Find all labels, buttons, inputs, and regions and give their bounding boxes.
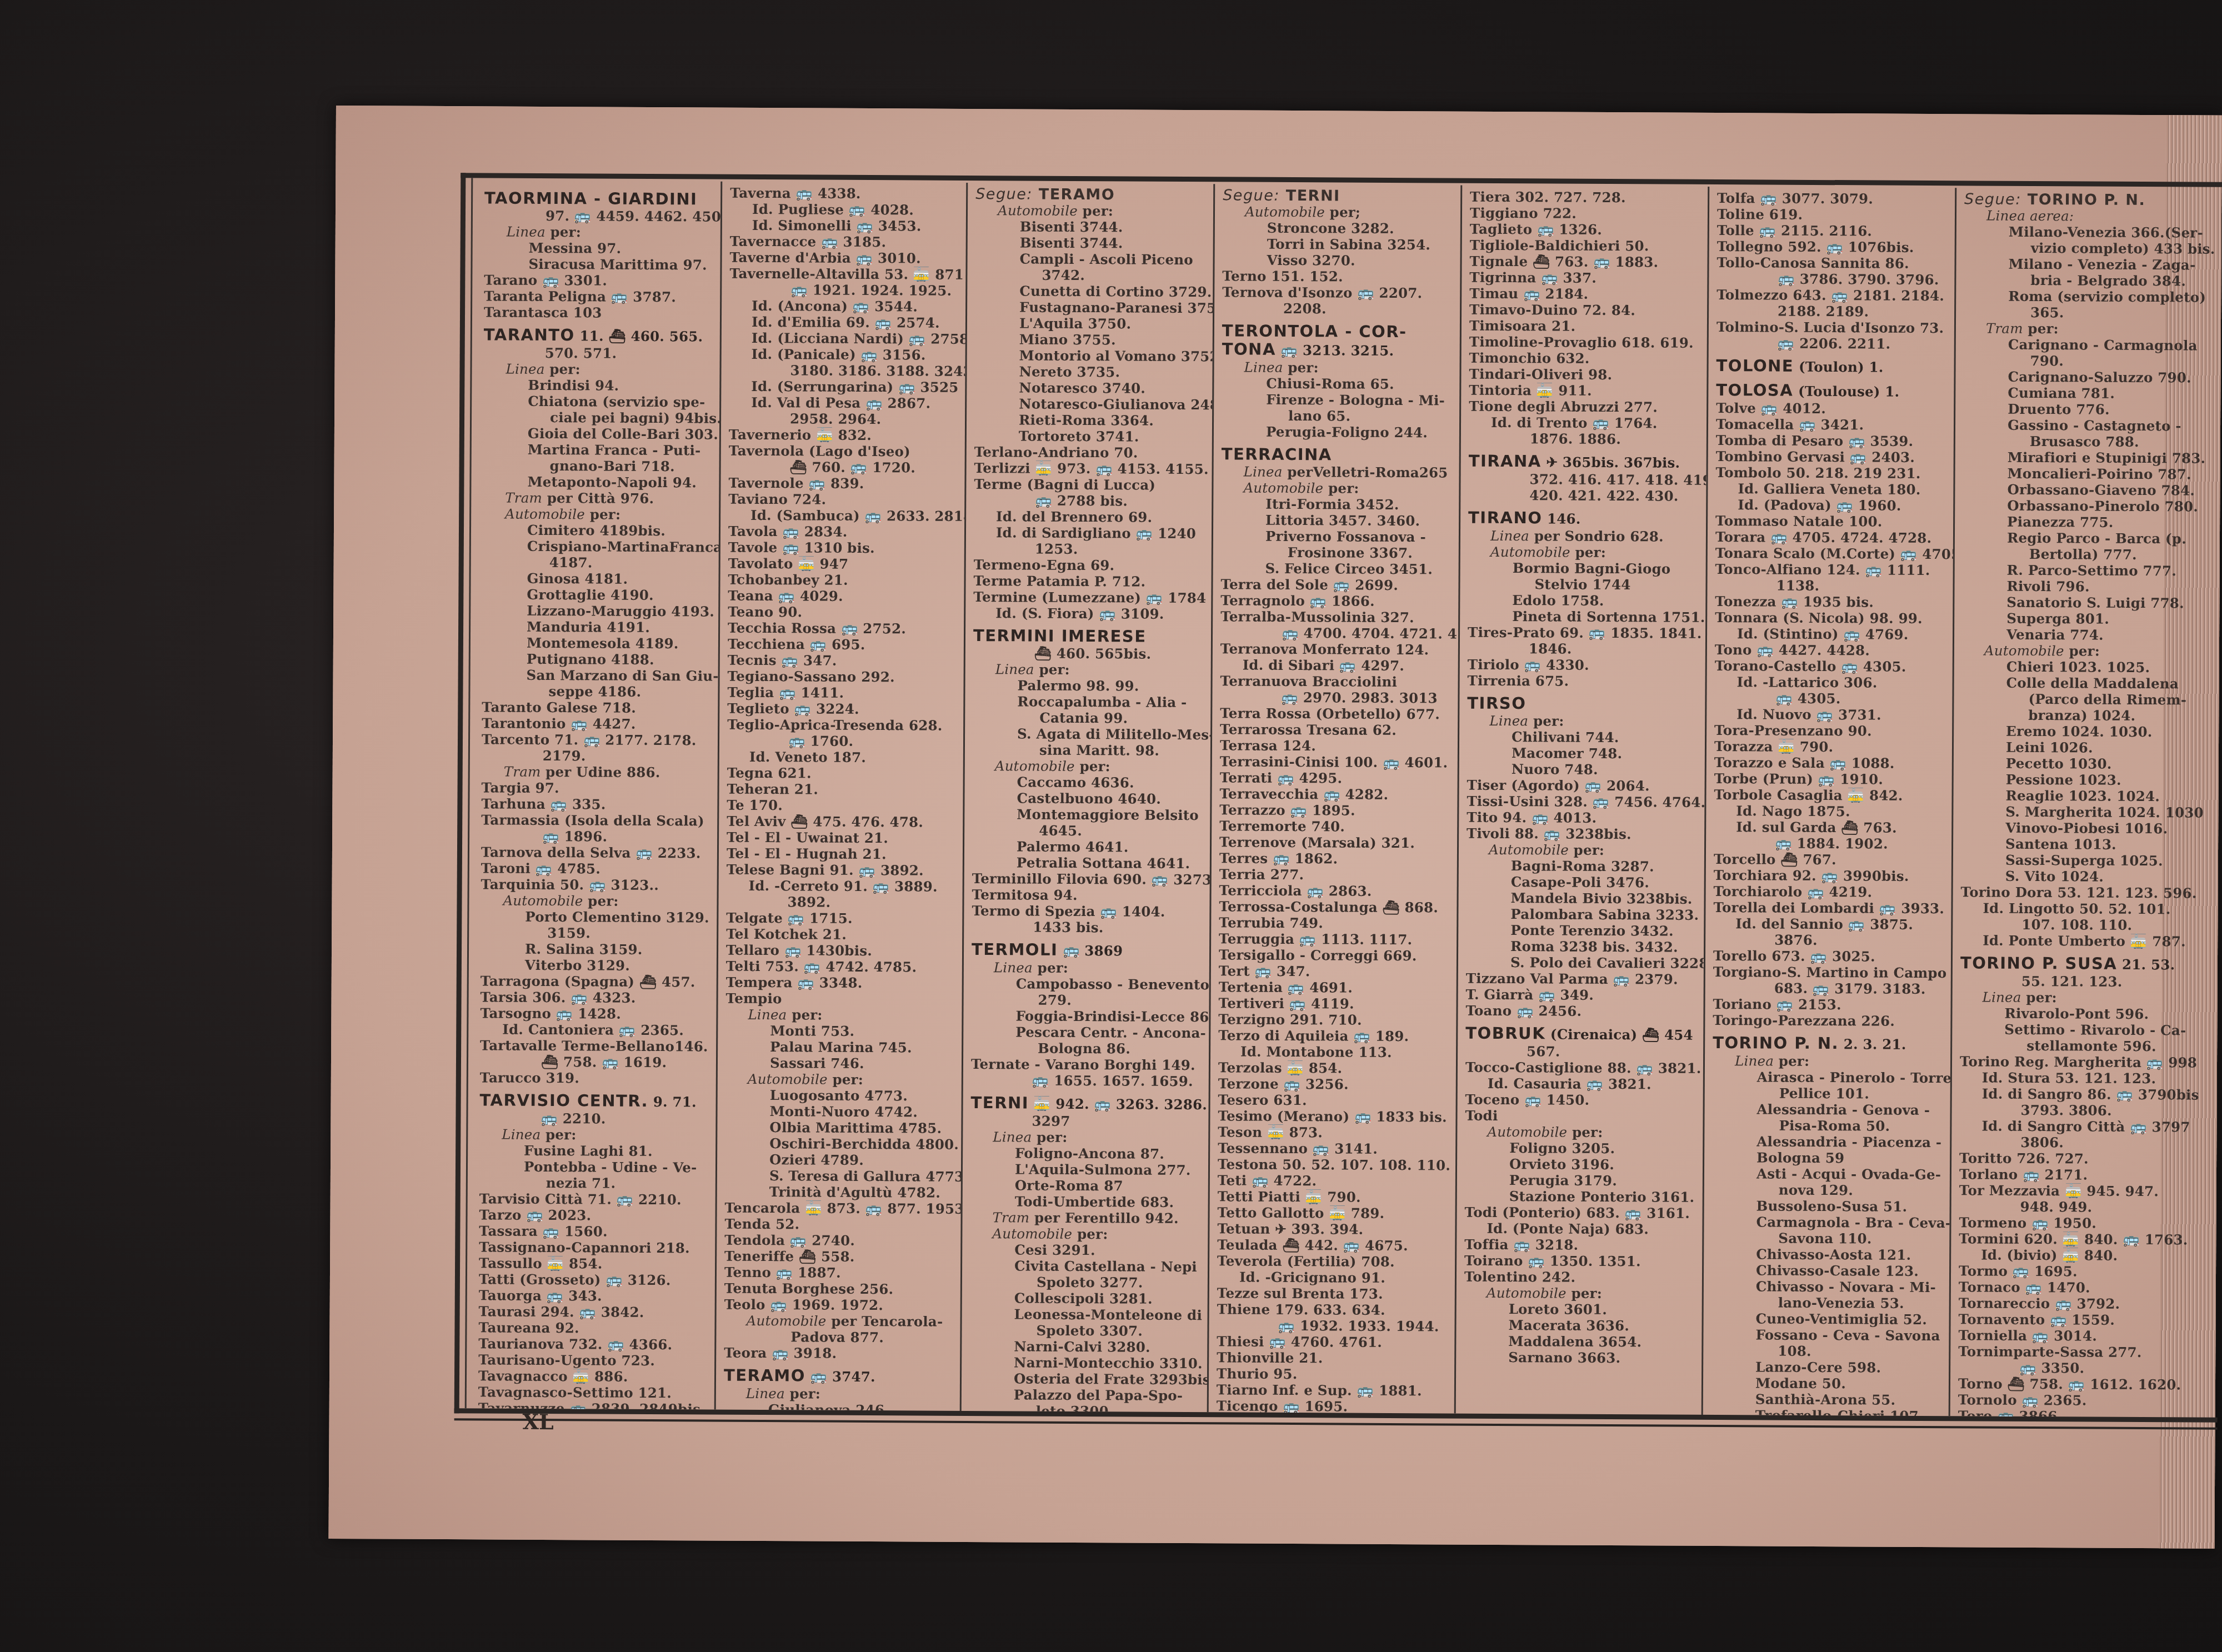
- entry-text: 948. 949.: [2020, 1199, 2093, 1215]
- service-type-label: Automobile: [748, 1071, 828, 1088]
- index-subentry: Id. Galliera Veneta 180.: [1715, 480, 1948, 498]
- index-entry: Tignale ⛴ 763. 🚌 1883.: [1469, 253, 1701, 271]
- index-subentry: Palermo 98. 99.: [973, 677, 1205, 694]
- index-subentry: Visso 3270.: [1222, 252, 1454, 269]
- entry-text: Id. Montabone 113.: [1240, 1044, 1392, 1060]
- entry-text: Torchiara 92. 🚌 3990bis.: [1714, 867, 1909, 884]
- service-type-line: Automobile per:: [973, 758, 1205, 775]
- index-subentry: Id. -Cerreto 91. 🚌 3889.: [727, 878, 957, 895]
- index-entry: T. Giarrà 🚌 349.: [1466, 987, 1698, 1004]
- entry-text: Palau Marina 745.: [770, 1039, 912, 1055]
- index-subentry: Perugia-Foligno 244.: [1222, 423, 1454, 440]
- entry-text: Todi (Ponterio) 683. 🚌 3161.: [1465, 1204, 1690, 1222]
- entry-text: Tavagnacco 🚋 886.: [478, 1368, 628, 1384]
- index-entry: Tavernelle-Altavilla 53. 🚋 871: [729, 266, 960, 283]
- entry-text: Porto Clementino 3129.: [525, 909, 709, 926]
- station-heading: TOLOSA (Toulouse) 1.: [1716, 381, 1948, 401]
- index-subentry: Lizzano-Maruggio 4193.: [482, 602, 713, 619]
- index-subentry: Id. Pugliese 🚌 4028.: [730, 201, 960, 218]
- index-entry: Tetuan ✈ 393. 394.: [1217, 1220, 1449, 1238]
- index-entry: Tarcento 71. 🚌 2177. 2178.: [482, 731, 712, 748]
- index-subentry: Palau Marina 745.: [725, 1039, 956, 1056]
- entry-text: Asti - Acqui - Ovada-Ge-: [1756, 1165, 1941, 1183]
- index-subentry: Mandela Bivio 3238bis.: [1466, 890, 1698, 907]
- entry-text: Taureana 92.: [478, 1319, 579, 1336]
- entry-text: Palermo 98. 99.: [1017, 677, 1139, 694]
- station-heading: TONA 🚌 3213. 3215.: [1222, 340, 1454, 360]
- entry-text: 1138.: [1776, 578, 1819, 594]
- index-entry: Tombino Gervasi 🚌 2403.: [1716, 448, 1948, 465]
- entry-text: Taurisano-Ugento 723.: [478, 1351, 655, 1369]
- entry-text: Osteria del Frate 3293bis.: [1014, 1370, 1215, 1388]
- service-type-label: Automobile: [992, 1225, 1072, 1242]
- continued-heading: Segue: TERAMO: [975, 186, 1208, 203]
- index-subentry: Stelvio 1744: [1468, 576, 1700, 593]
- entry-text: ⛴ 758. 🚌 1619.: [541, 1054, 667, 1070]
- entry-continuation: 372. 416. 417. 418. 419.: [1468, 471, 1700, 488]
- index-entry: Teneriffe ⛴ 558.: [724, 1248, 955, 1265]
- index-entry: Tono 🚌 4427. 4428.: [1715, 642, 1947, 659]
- entry-text: 2208.: [1283, 301, 1327, 317]
- index-entry: Tertiveri 🚌 4119.: [1218, 995, 1450, 1012]
- service-type-line: Automobile per:: [975, 202, 1208, 219]
- entry-text: 🚌 2210.: [541, 1110, 605, 1127]
- index-subentry: Id. di Sangro 86. 🚌 3790bis: [1960, 1085, 2213, 1103]
- entry-text: Tencarola 🚋 873. 🚌 877. 1953.: [725, 1200, 968, 1217]
- index-subentry: Pessione 1023.: [1961, 771, 2215, 788]
- entry-text: Taverna 🚌 4338.: [730, 185, 861, 202]
- station-refs: 2. 3. 21.: [1839, 1036, 1906, 1053]
- entry-text: Foligno-Ancona 87.: [1015, 1145, 1164, 1162]
- entry-text: Tertenia 🚌 4691.: [1219, 979, 1353, 995]
- entry-text: Trofarello-Chieri 107.: [1755, 1407, 1924, 1416]
- entry-text: Tarsogno 🚌 1428.: [480, 1005, 621, 1022]
- entry-text: Leini 1026.: [2006, 739, 2093, 756]
- service-type-line: Tram per:: [1964, 320, 2217, 337]
- segue-label: Segue:: [1964, 191, 2021, 208]
- entry-text: per:: [1034, 662, 1070, 678]
- service-type-label: Linea: [1243, 464, 1282, 480]
- index-subentry: Macerata 3636.: [1464, 1317, 1696, 1334]
- service-type-label: Automobile: [1489, 842, 1569, 858]
- index-subentry: Nuoro 748.: [1467, 761, 1699, 778]
- entry-text: 🚌 4700. 4704. 4721. 4798.: [1282, 625, 1462, 642]
- entry-text: Id. Nuovo 🚌 3731.: [1736, 706, 1881, 723]
- entry-text: Taranta Peligna 🚌 3787.: [484, 288, 676, 305]
- entry-text: per:: [1033, 960, 1068, 976]
- entry-text: S. Teresa di Gallura 4773.: [769, 1168, 968, 1185]
- index-subentry: Narni-Calvi 3280.: [969, 1338, 1202, 1355]
- entry-text: 420. 421. 422. 430.: [1529, 487, 1678, 504]
- index-subentry: Maddalena 3654.: [1464, 1333, 1696, 1350]
- entry-continuation: 3892.: [726, 894, 957, 911]
- station-name: TORINO P. SUSA: [1960, 953, 2118, 973]
- entry-text: S. Felice Circeo 3451.: [1265, 560, 1433, 578]
- entry-text: Id. (Ponte Naja) 683.: [1487, 1220, 1649, 1238]
- index-subentry: Stroncone 3282.: [1223, 219, 1455, 237]
- service-type-line: Linea per:: [479, 1126, 710, 1143]
- entry-text: Miano 3755.: [1019, 331, 1116, 348]
- index-subentry: Bisenti 3744.: [975, 218, 1208, 236]
- station-name: TIRSO: [1467, 694, 1526, 713]
- entry-text: San Marzano di San Giu-: [527, 667, 719, 684]
- entry-text: 107. 108. 110.: [2021, 917, 2132, 933]
- entry-text: S. Margherita 1024. 1030: [2005, 804, 2204, 821]
- service-type-line: Linea per Sondrio 628.: [1468, 528, 1700, 545]
- station-refs: 🚋 942. 🚌 3263. 3286.: [1029, 1096, 1207, 1113]
- entry-text: Tolmezzo 643. 🚌 2181. 2184.: [1716, 287, 1944, 304]
- entry-text: Vinovo-Piobesi 1016.: [2005, 820, 2168, 837]
- index-subentry: Priverno Fossanova -: [1221, 528, 1453, 545]
- entry-text: Torlano 🚌 2171.: [1959, 1166, 2088, 1183]
- entry-text: per:: [2021, 989, 2057, 1005]
- entry-continuation: 🚌 1884. 1902.: [1714, 835, 1946, 852]
- entry-text: Torazza 🚋 790.: [1714, 738, 1833, 755]
- index-subentry: Luogosanto 4773.: [725, 1087, 956, 1104]
- index-entry: Terra Rossa (Orbetello) 677.: [1220, 705, 1452, 722]
- index-subentry: Superga 801.: [1962, 610, 2215, 627]
- entry-text: Id. Galliera Veneta 180.: [1738, 480, 1920, 498]
- service-type-label: Linea: [993, 1129, 1032, 1145]
- entry-text: Edolo 1758.: [1512, 592, 1604, 609]
- entry-text: Terlizzi 🚋 973. 🚌 4153. 4155.: [974, 460, 1209, 477]
- entry-text: Priverno Fossanova -: [1265, 528, 1426, 545]
- index-subentry: S. Vito 1024.: [1961, 868, 2214, 885]
- index-subentry: Notaresco-Giulianova 248: [974, 396, 1207, 413]
- index-entry: Tavernola (Lago d'Iseo): [729, 443, 959, 460]
- entry-text: 🚌 2788 bis.: [1035, 493, 1128, 509]
- index-entry: Terzigno 291. 710.: [1218, 1011, 1450, 1028]
- index-entry: Terremorte 740.: [1219, 818, 1452, 835]
- entry-text: Torno ⛴ 758. 🚌 1612. 1620.: [1958, 1375, 2181, 1393]
- entry-text: Tempio: [726, 990, 782, 1007]
- index-subentry: Bagni-Roma 3287.: [1467, 858, 1699, 875]
- index-subentry: 365.: [1964, 304, 2217, 321]
- index-subentry: Nereto 3735.: [974, 363, 1207, 381]
- entry-text: Tortoreto 3741.: [1019, 428, 1139, 444]
- entry-text: Tavernole 🚌 839.: [728, 475, 864, 492]
- service-type-label: Linea: [746, 1385, 785, 1401]
- entry-text: Rivoli 796.: [2006, 578, 2089, 595]
- index-entry: Tavole 🚌 1310 bis.: [728, 539, 959, 557]
- entry-text: Tavole 🚌 1310 bis.: [728, 539, 875, 556]
- entry-text: Telese Bagni 91. 🚌 3892.: [727, 862, 924, 879]
- entry-text: per:: [583, 893, 618, 909]
- entry-text: Macomer 748.: [1512, 745, 1622, 762]
- entry-text: Metaponto-Napoli 94.: [527, 474, 697, 491]
- index-entry: Torazza 🚋 790.: [1714, 738, 1946, 755]
- entry-text: Chivasso-Aosta 121.: [1756, 1246, 1911, 1263]
- index-subentry: Id. -Lattarico 306.: [1715, 674, 1947, 691]
- index-subentry: Venaria 774.: [1962, 626, 2215, 643]
- entry-text: Taverne d'Arbia 🚌 3010.: [730, 249, 921, 267]
- index-subentry: Pescara Centr. - Ancona-: [971, 1024, 1203, 1041]
- entry-text: Thurio 95.: [1217, 1365, 1298, 1382]
- entry-text: 2188. 2189.: [1778, 303, 1869, 320]
- entry-text: Monti-Nuoro 4742.: [769, 1103, 918, 1120]
- entry-text: 🚌 1932. 1933. 1944.: [1278, 1318, 1439, 1335]
- entry-text: Tersigallo - Correggi 669.: [1219, 947, 1417, 964]
- entry-text: Torara 🚌 4705. 4724. 4728.: [1715, 529, 1931, 546]
- index-entry: Terres 🚌 1862.: [1219, 850, 1452, 867]
- entry-text: 4645.: [1039, 823, 1082, 839]
- index-subentry: gnano-Bari 718.: [483, 457, 714, 474]
- entry-text: Padova 877.: [790, 1329, 884, 1345]
- index-entry: Tissi-Usini 328. 🚌 7456. 4764.: [1467, 793, 1699, 810]
- index-entry: Torino Dora 53. 121. 123. 596.: [1961, 884, 2214, 901]
- index-entry: Toro 🚌 3866.: [1958, 1408, 2211, 1417]
- entry-text: Taurasi 294. 🚌 3842.: [479, 1303, 644, 1320]
- entry-text: Id. del Brennero 69.: [996, 508, 1152, 525]
- entry-text: Toriano 🚌 2153.: [1713, 996, 1841, 1013]
- index-subentry: Id. Veneto 187.: [727, 749, 958, 766]
- entry-text: Toro 🚌 3866.: [1958, 1408, 2063, 1417]
- entry-text: Perugia-Foligno 244.: [1266, 424, 1428, 441]
- index-entry: Tavernerio 🚋 832.: [729, 427, 959, 444]
- entry-continuation: 🚌 2210.: [479, 1110, 710, 1127]
- entry-text: gnano-Bari 718.: [550, 458, 675, 474]
- index-subentry: Itri-Formia 3452.: [1221, 495, 1453, 513]
- entry-text: Catania 99.: [1039, 710, 1128, 727]
- entry-text: Terra Rossa (Orbetello) 677.: [1220, 705, 1440, 722]
- service-type-label: Linea: [1489, 713, 1528, 729]
- index-subentry: Grottaglie 4190.: [482, 586, 713, 603]
- entry-text: Tirrenia 675.: [1468, 673, 1569, 689]
- entry-text: Terzolas 🚋 854.: [1218, 1059, 1343, 1076]
- entry-text: Campli - Ascoli Piceno: [1019, 251, 1193, 268]
- entry-text: Roccapalumba - Alia -: [1017, 693, 1187, 710]
- index-subentry: ciale pei bagni) 94bis.: [483, 409, 714, 426]
- index-entry: Te 170.: [727, 797, 957, 814]
- entry-text: Nuoro 748.: [1512, 761, 1598, 778]
- index-entry: Tavarnuzze 🚌 2839. 2849bis: [478, 1400, 709, 1409]
- index-subentry: Id. di Sardigliano 🚌 1240: [974, 524, 1206, 542]
- station-heading: TAORMINA - GIARDINI: [484, 189, 715, 208]
- station-refs: ✈ 365bis. 367bis.: [1542, 454, 1680, 470]
- entry-text: Fustagnano-Paranesi 3759.: [1019, 299, 1215, 316]
- entry-text: Terrasini-Cinisi 100. 🚌 4601.: [1220, 753, 1448, 770]
- index-subentry: Cimitero 4189bis.: [483, 522, 713, 539]
- index-entry: Terragnolo 🚌 1866.: [1220, 592, 1453, 609]
- index-subentry: Sassi-Superga 1025.: [1961, 852, 2214, 869]
- index-subentry: Porto Clementino 3129.: [481, 908, 711, 925]
- entry-text: Tornimparte-Sassa 277.: [1958, 1343, 2141, 1360]
- entry-text: S. Vito 1024.: [2005, 868, 2104, 885]
- index-subentry: nezia 71.: [479, 1174, 710, 1192]
- index-subentry: Montemesola 4189.: [482, 634, 713, 652]
- index-entry: Toritto 726. 727.: [1959, 1150, 2213, 1167]
- index-subentry: Trinità d'Agultù 4782.: [725, 1184, 955, 1201]
- entry-text: T. Giarrà 🚌 349.: [1466, 987, 1594, 1003]
- index-subentry: Miano 3755.: [975, 331, 1207, 348]
- entry-text: Tecnis 🚌 347.: [728, 652, 837, 669]
- entry-text: Torcello ⛴ 767.: [1714, 851, 1836, 868]
- entry-text: Torello 673. 🚌 3025.: [1713, 948, 1875, 965]
- index-subentry: Rivoli 796.: [1962, 578, 2215, 595]
- station-refs: 🚌 3747.: [805, 1368, 875, 1385]
- index-subentry: Palazzo del Papa-Spo-: [969, 1386, 1202, 1404]
- index-subentry: Cumiana 781.: [1963, 384, 2216, 402]
- entry-text: Tel Kotchek 21.: [726, 926, 847, 943]
- station-heading: TARVISIO CENTR. 9. 71.: [480, 1091, 710, 1111]
- service-type-label: Linea: [1244, 359, 1283, 376]
- entry-text: Brindisi 94.: [528, 377, 619, 394]
- index-entry: Tavagnasco-Settimo 121.: [478, 1384, 709, 1401]
- entry-text: Tetuan ✈ 393. 394.: [1217, 1220, 1363, 1237]
- entry-text: Messina 97.: [529, 240, 622, 257]
- station-name: TERONTOLA - COR-: [1222, 321, 1407, 341]
- entry-text: Tavagnasco-Settimo 121.: [478, 1384, 672, 1401]
- entry-text: Tonara Scalo (M.Corte) 🚌 4705: [1715, 545, 1957, 562]
- entry-text: Teheran 21.: [727, 781, 818, 798]
- index-entry: Tiera 302. 727. 728.: [1470, 189, 1702, 206]
- entry-text: Pecetto 1030.: [2006, 755, 2112, 772]
- index-subentry: Metaponto-Napoli 94.: [483, 473, 713, 490]
- index-entry: Torno ⛴ 758. 🚌 1612. 1620.: [1958, 1375, 2211, 1393]
- entry-text: Torchiarolo 🚌 4219.: [1714, 883, 1873, 900]
- station-heading: TOLONE (Toulon) 1.: [1716, 357, 1948, 377]
- entry-text: Thiene 179. 633. 634.: [1217, 1301, 1385, 1318]
- entry-text: per Tencarola-: [826, 1313, 943, 1330]
- index-entry: Tenda 52.: [724, 1216, 955, 1233]
- entry-text: Tigliole-Baldichieri 50.: [1470, 237, 1649, 254]
- entry-text: Tormini 620. 🚋 840. 🚌 1763.: [1959, 1230, 2188, 1248]
- index-entry: Tarquinia 50. 🚌 3123..: [481, 876, 712, 893]
- service-type-line: Linea per:: [725, 1007, 956, 1024]
- index-entry: Tione degli Abruzzi 277.: [1469, 398, 1701, 415]
- station-name: TERMINI IMERESE: [973, 626, 1147, 646]
- entry-text: Tione degli Abruzzi 277.: [1469, 398, 1658, 415]
- index-subentry: Sassari 746.: [725, 1055, 956, 1072]
- service-type-line: Automobile per:: [970, 1225, 1202, 1243]
- entry-continuation: 🚌 1932. 1933. 1944.: [1217, 1317, 1449, 1334]
- index-subentry: Caccamo 4636.: [973, 774, 1205, 791]
- entry-continuation: 1846.: [1468, 640, 1700, 658]
- index-entry: Torazzo e Sala 🚌 1088.: [1714, 754, 1946, 772]
- index-entry: Tintoria 🚋 911.: [1469, 382, 1701, 399]
- entry-text: Tiser (Agordo) 🚌 2064.: [1467, 777, 1650, 794]
- entry-text: Orte-Roma 87: [1015, 1177, 1123, 1194]
- entry-text: Tegiano-Sassano 292.: [728, 668, 895, 685]
- index-subentry: Id. Nago 1875.: [1714, 803, 1946, 820]
- index-subentry: Pisa-Roma 50.: [1712, 1117, 1944, 1134]
- entry-text: Eremo 1024. 1030.: [2006, 723, 2152, 740]
- service-type-line: Linea per:: [972, 959, 1204, 977]
- service-type-label: Linea: [994, 959, 1033, 975]
- entry-text: 365.: [2030, 304, 2064, 321]
- index-entry: Taroni 🚌 4785.: [481, 860, 712, 877]
- index-subentry: Loreto 3601.: [1464, 1301, 1696, 1318]
- entry-text: Tollo-Canosa Sannita 86.: [1716, 254, 1909, 272]
- entry-text: Tarhuna 🚌 335.: [481, 795, 605, 812]
- entry-text: Cunetta di Cortino 3729.: [1019, 283, 1212, 300]
- entry-text: Tel - El - Uwainat 21.: [727, 829, 888, 847]
- entry-text: Id. (Padova) 🚌 1960.: [1738, 497, 1901, 514]
- entry-text: Alessandria - Genova -: [1756, 1101, 1930, 1118]
- index-entry: Terranuova Bracciolini: [1220, 673, 1453, 690]
- entry-text: Terzo di Aquileia 🚌 189.: [1218, 1027, 1409, 1044]
- index-entry: Terrenove (Marsala) 321.: [1219, 834, 1452, 851]
- entry-text: Timau 🚌 2184.: [1469, 286, 1588, 302]
- index-subentry: Id. (Padova) 🚌 1960.: [1715, 497, 1948, 514]
- index-entry: Tirrenia 675.: [1468, 673, 1700, 690]
- index-subentry: Modane 50.: [1711, 1375, 1943, 1392]
- entry-text: Modane 50.: [1755, 1375, 1846, 1391]
- entry-text: per:: [787, 1007, 822, 1023]
- index-entry: Terlano-Andriano 70.: [974, 444, 1207, 461]
- index-subentry: Lanzo-Cere 598.: [1711, 1359, 1943, 1376]
- index-subentry: Leonessa-Monteleone di: [970, 1306, 1202, 1323]
- index-subentry: Orte-Roma 87: [970, 1177, 1203, 1194]
- entry-continuation: 🚌 4305.: [1714, 690, 1946, 707]
- index-subentry: Martina Franca - Puti-: [483, 441, 714, 458]
- entry-text: Termeno-Egna 69.: [974, 557, 1115, 573]
- entry-text: Bertolla) 777.: [2029, 546, 2137, 563]
- index-entry: Terme (Bagni di Lucca): [974, 476, 1206, 493]
- entry-text: Carignano-Saluzzo 790.: [2008, 369, 2191, 386]
- index-entry: Tornolo 🚌 2365.: [1958, 1391, 2211, 1409]
- entry-text: per:: [2023, 321, 2059, 337]
- entry-text: Timavo-Duino 72. 84.: [1469, 302, 1635, 319]
- index-subentry: Macomer 748.: [1467, 745, 1699, 762]
- entry-text: Teson 🚋 873.: [1218, 1124, 1323, 1140]
- index-entry: Ternova d'Isonzo 🚌 2207.: [1222, 284, 1454, 301]
- index-entry: Ticengo 🚌 1695.: [1217, 1398, 1449, 1413]
- entry-text: Terrasa 124.: [1220, 737, 1316, 754]
- index-entry: Tegna 621.: [727, 765, 958, 782]
- entry-text: Tavernelle-Altavilla 53. 🚋 871: [729, 266, 964, 283]
- entry-text: 3892.: [787, 894, 830, 910]
- index-frame: TAORMINA - GIARDINI97. 🚌 4459. 4462. 450…: [454, 173, 2222, 1423]
- index-subentry: Id. sul Garda ⛴ 763.: [1714, 819, 1946, 836]
- entry-text: Termine (Lumezzane) 🚌 1784: [973, 589, 1206, 606]
- entry-text: 🚌 2206. 2211.: [1778, 336, 1891, 352]
- entry-continuation: ⛴ 760. 🚌 1720.: [729, 459, 959, 476]
- entry-text: Tonnara (S. Nicola) 98. 99.: [1715, 609, 1923, 627]
- entry-text: Testona 50. 52. 107. 108. 110.: [1218, 1156, 1450, 1173]
- index-subentry: Id. Casauria 🚌 3821.: [1465, 1075, 1698, 1093]
- index-subentry: Orbassano-Giaveno 784.: [1963, 481, 2216, 498]
- entry-text: Crispiano-MartinaFranca: [527, 538, 722, 555]
- entry-continuation: 🚌 1921. 1924. 1925.: [729, 282, 960, 299]
- entry-text: Terricciola 🚌 2863.: [1219, 882, 1372, 899]
- entry-text: Mirafiori e Stupinigi 783.: [2008, 449, 2206, 467]
- index-subentry: Id. di Sangro Città 🚌 3797: [1959, 1118, 2213, 1135]
- entry-text: Teglia 🚌 1411.: [727, 684, 844, 701]
- entry-continuation: 683. 🚌 3179. 3183.: [1713, 980, 1945, 997]
- index-entry: Testona 50. 52. 107. 108. 110.: [1218, 1156, 1450, 1173]
- entry-text: 🚌 1760.: [788, 733, 853, 749]
- index-entry: Termitosa 94.: [972, 887, 1204, 904]
- index-subentry: Narni-Montecchio 3310.: [969, 1354, 1202, 1371]
- index-subentry: Spoleto 3277.: [970, 1274, 1202, 1291]
- entry-continuation: 🚌 1760.: [727, 733, 958, 750]
- index-entry: Tigrinna 🚌 337.: [1469, 269, 1701, 287]
- entry-text: 🚌 1921. 1924. 1925.: [790, 282, 952, 299]
- index-subentry: Tortoreto 3741.: [974, 428, 1207, 445]
- entry-text: Todi: [1465, 1108, 1498, 1124]
- entry-text: 2179.: [543, 748, 586, 764]
- index-subentry: Bussoleno-Susa 51.: [1712, 1198, 1944, 1215]
- service-type-line: Tram per Udine 886.: [482, 763, 712, 780]
- entry-text: Torano-Castello 🚌 4305.: [1715, 658, 1906, 675]
- index-subentry: Reaglie 1023. 1024.: [1961, 787, 2214, 804]
- service-type-label: Automobile: [995, 758, 1075, 774]
- index-entry: Tel - El - Hugnah 21.: [727, 845, 957, 863]
- index-entry: Tavagnacco 🚋 886.: [478, 1368, 709, 1385]
- index-entry: Teglia 🚌 1411.: [727, 684, 958, 702]
- entry-text: Id. -Cerreto 91. 🚌 3889.: [749, 878, 938, 895]
